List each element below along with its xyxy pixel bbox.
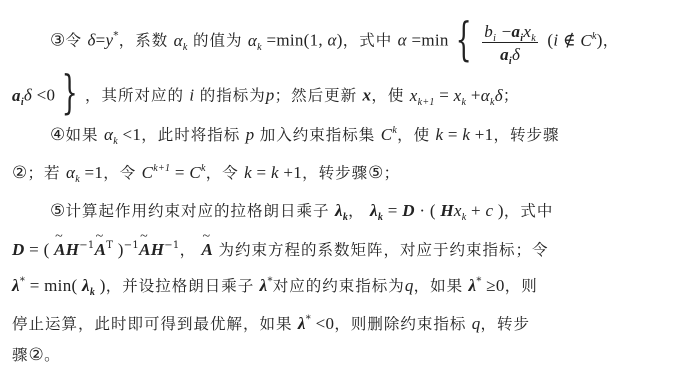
formula-delta-eq-ystar: δ: [87, 31, 95, 50]
step-5-line-4: 停止运算，此时即可得到最优解，如果 λ* <0，则删除约束指标 q，转步: [12, 314, 530, 334]
step-5-line-5: 骤②。: [12, 345, 61, 365]
fraction: bi −aixkaiδ: [482, 22, 538, 64]
step-number-3: ③: [50, 31, 66, 51]
step-3-line-1: ③令 δ=y*，系数 αk 的值为 αk =min(1, α)，式中 α =mi…: [50, 20, 619, 62]
left-brace: {: [455, 19, 471, 59]
right-brace: }: [62, 72, 78, 112]
step-5-line-3: λ* = min( λk )，并设拉格朗日乘子 λ*对应的约束指标为q，如果 λ…: [12, 276, 538, 296]
formula-ai-delta: ai: [12, 86, 24, 105]
step-5-line-2: D = ( AH−1AT )−1AH−1， A 为约束方程的系数矩阵，对应于约束…: [12, 240, 549, 260]
formula-alpha-k: αk: [174, 31, 188, 50]
formula-D: D: [12, 240, 25, 259]
step-number-4: ④: [50, 125, 66, 145]
step-4-line-1: ④如果 αk <1，此时将指标 p 加入约束指标集 Ck，使 k = k +1，…: [50, 125, 559, 145]
formula-x-update: xk+1: [410, 86, 435, 105]
step-3-line-2: aiδ <0}，其所对应的 i 的指标为p；然后更新 x，使 xk+1 = xk…: [12, 76, 519, 116]
step-number-5: ⑤: [50, 201, 66, 221]
step-5-line-1: ⑤计算起作用约束对应的拉格朗日乘子 λk， λk = D · ( Hxk + c…: [50, 201, 553, 221]
formula-alpha-min-set: α: [398, 31, 407, 50]
formula-alpha-k-min: αk: [248, 31, 262, 50]
vector-x: x: [363, 86, 372, 105]
step-4-line-2: ②；若 αk =1，令 Ck+1 = Ck，令 k = k +1，转步骤⑤；: [12, 163, 400, 183]
